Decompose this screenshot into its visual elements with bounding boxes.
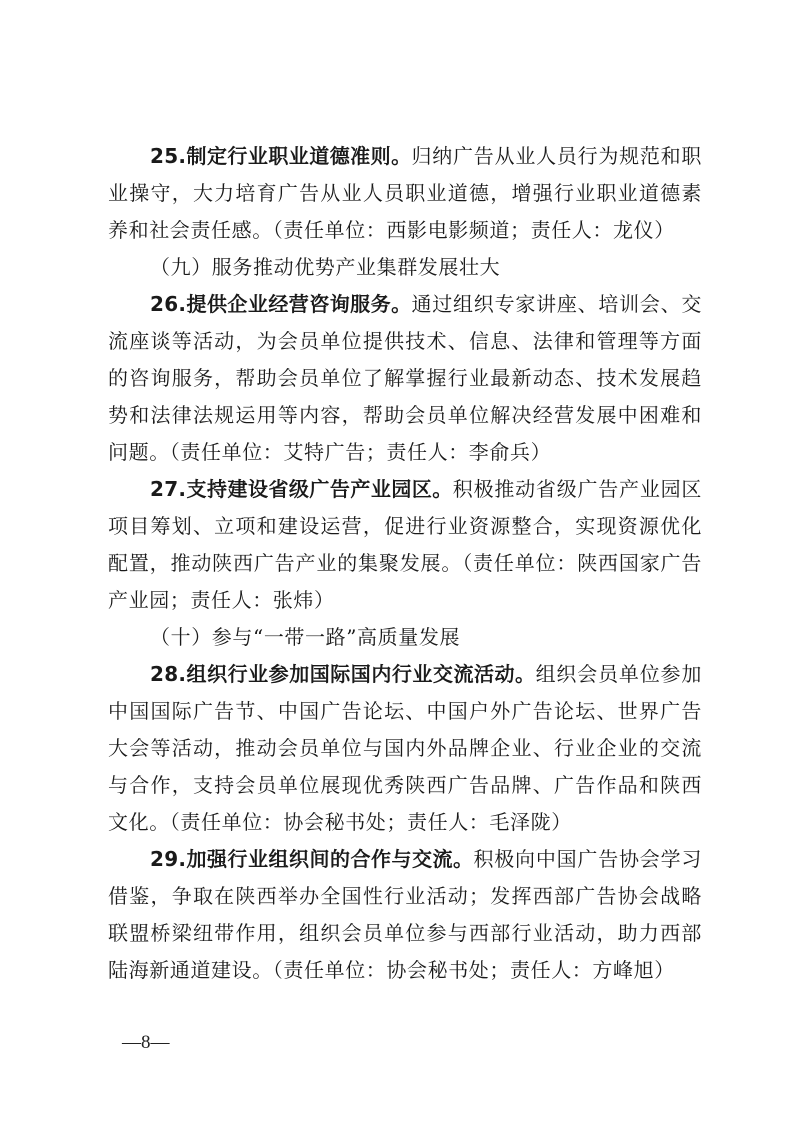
document-page: 25.制定行业职业道德准则。归纳广告从业人员行为规范和职业操守，大力培育广告从业… [108, 138, 702, 989]
section-heading-9: （九）服务推动优势产业集群发展壮大 [108, 249, 702, 286]
item-26: 26.提供企业经营咨询服务。通过组织专家讲座、培训会、交流座谈等活动，为会员单位… [108, 286, 702, 471]
item-28-body: 组织会员单位参加中国国际广告节、中国广告论坛、中国户外广告论坛、世界广告大会等活… [108, 662, 702, 834]
item-25-title: 25.制定行业职业道德准则。 [150, 144, 412, 168]
item-26-body: 通过组织专家讲座、培训会、交流座谈等活动，为会员单位提供技术、信息、法律和管理等… [108, 292, 702, 464]
section-heading-10: （十）参与“一带一路”高质量发展 [108, 619, 702, 656]
item-25: 25.制定行业职业道德准则。归纳广告从业人员行为规范和职业操守，大力培育广告从业… [108, 138, 702, 249]
item-28: 28.组织行业参加国际国内行业交流活动。组织会员单位参加中国国际广告节、中国广告… [108, 656, 702, 841]
item-27-title: 27.支持建设省级广告产业园区。 [150, 477, 453, 501]
item-28-title: 28.组织行业参加国际国内行业交流活动。 [150, 662, 536, 686]
item-29-title: 29.加强行业组织间的合作与交流。 [150, 847, 473, 871]
item-26-title: 26.提供企业经营咨询服务。 [150, 292, 412, 316]
page-number: —8— [122, 1032, 170, 1054]
item-29: 29.加强行业组织间的合作与交流。积极向中国广告协会学习借鉴，争取在陕西举办全国… [108, 841, 702, 989]
item-27: 27.支持建设省级广告产业园区。积极推动省级广告产业园区项目筹划、立项和建设运营… [108, 471, 702, 619]
